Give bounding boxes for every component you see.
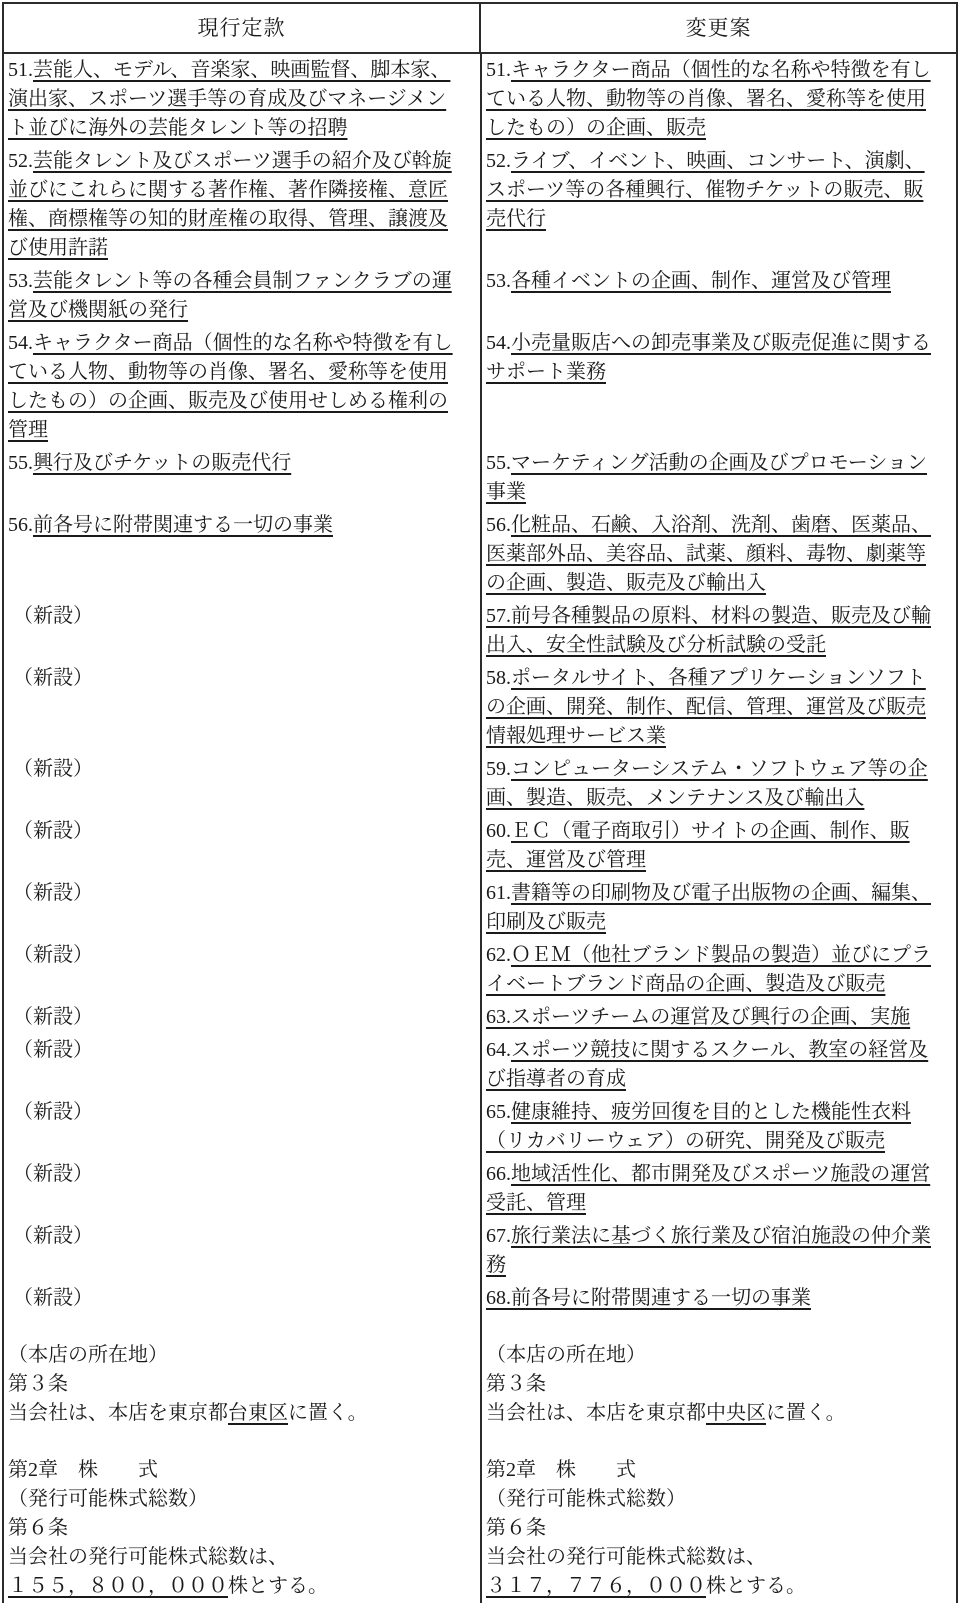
cell-proposed-56: 56.化粧品、石鹸、入浴剤、洗剤、歯磨、医薬品、医薬部外品、美容品、試薬、顔料、… <box>482 509 956 600</box>
text-line: 52.ライブ、イベント、映画、コンサート、演劇、 <box>486 147 954 176</box>
text-line: 66.地域活性化、都市開発及びスポーツ施設の運営 <box>486 1160 954 1189</box>
row-article3: （本店の所在地）第３条当会社は、本店を東京都台東区に置く。（本店の所在地）第３条… <box>4 1339 956 1430</box>
text-line: 59.コンピューターシステム・ソフトウェア等の企 <box>486 755 954 784</box>
row-60: （新設）60.ＥＣ（電子商取引）サイトの企画、制作、販売、運営及び管理 <box>4 815 956 877</box>
text-line: 当会社の発行可能株式総数は、 <box>8 1543 478 1572</box>
text-line: 67.旅行業法に基づく旅行業及び宿泊施設の仲介業 <box>486 1222 954 1251</box>
text-line: 第2章 株 式 <box>486 1456 954 1485</box>
text-line: 売、運営及び管理 <box>486 846 954 875</box>
text-line: 60.ＥＣ（電子商取引）サイトの企画、制作、販 <box>486 817 954 846</box>
cell-proposed-58: 58.ポータルサイト、各種アプリケーションソフトの企画、開発、制作、配信、管理、… <box>482 662 956 753</box>
cell-current-62: （新設） <box>4 939 482 1001</box>
text-line: ている人物、動物等の肖像、署名、愛称等を使用 <box>8 358 478 387</box>
text-line: 務 <box>486 1251 954 1280</box>
cell-current-59: （新設） <box>4 753 482 815</box>
cell-proposed-55: 55.マーケティング活動の企画及びプロモーション事業 <box>482 447 956 509</box>
text-line: 61.書籍等の印刷物及び電子出版物の企画、編集、 <box>486 879 954 908</box>
cell-proposed-67: 67.旅行業法に基づく旅行業及び宿泊施設の仲介業務 <box>482 1220 956 1282</box>
cell-proposed-59: 59.コンピューターシステム・ソフトウェア等の企画、製造、販売、メンテナンス及び… <box>482 753 956 815</box>
text-line: イベートブランド商品の企画、製造及び販売 <box>486 970 954 999</box>
text-line: 64.スポーツ競技に関するスクール、教室の経営及 <box>486 1036 954 1065</box>
row-64: （新設）64.スポーツ競技に関するスクール、教室の経営及び指導者の育成 <box>4 1034 956 1096</box>
text-line: （新設） <box>8 1160 478 1189</box>
text-line: （新設） <box>8 755 478 784</box>
text-line: び使用許諾 <box>8 234 478 263</box>
cell-current-article6: 第2章 株 式（発行可能株式総数）第６条当会社の発行可能株式総数は、１５５，８０… <box>4 1454 482 1603</box>
cell-current-61: （新設） <box>4 877 482 939</box>
table-header-row: 現行定款 変更案 <box>4 4 956 54</box>
text-line: 受託、管理 <box>486 1189 954 1218</box>
cell-current-56: 56.前各号に附帯関連する一切の事業 <box>4 509 482 600</box>
cell-current-article3: （本店の所在地）第３条当会社は、本店を東京都台東区に置く。 <box>4 1339 482 1430</box>
cell-current-63: （新設） <box>4 1001 482 1034</box>
text-line: （新設） <box>8 1036 478 1065</box>
text-line: （新設） <box>8 1284 478 1313</box>
text-line: 51.キャラクター商品（個性的な名称や特徴を有し <box>486 56 954 85</box>
text-line: び指導者の育成 <box>486 1065 954 1094</box>
text-line: 演出家、スポーツ選手等の育成及びマネージメン <box>8 85 478 114</box>
text-line: 管理 <box>8 416 478 445</box>
row-article6: 第2章 株 式（発行可能株式総数）第６条当会社の発行可能株式総数は、１５５，８０… <box>4 1454 956 1603</box>
header-amendment-proposal: 変更案 <box>481 4 956 52</box>
text-line: （発行可能株式総数） <box>486 1485 954 1514</box>
text-line: の企画、開発、制作、配信、管理、運営及び販売 <box>486 693 954 722</box>
text-line: 当会社は、本店を東京都中央区に置く。 <box>486 1399 954 1428</box>
row-57: （新設）57.前号各種製品の原料、材料の製造、販売及び輸出入、安全性試験及び分析… <box>4 600 956 662</box>
text-line: （新設） <box>8 941 478 970</box>
text-line: （本店の所在地） <box>486 1341 954 1370</box>
text-line: 営及び機関紙の発行 <box>8 296 478 325</box>
text-line: （新設） <box>8 1098 478 1127</box>
cell-proposed-62: 62.ＯＥＭ（他社ブランド製品の製造）並びにプライベートブランド商品の企画、製造… <box>482 939 956 1001</box>
text-line: 62.ＯＥＭ（他社ブランド製品の製造）並びにプラ <box>486 941 954 970</box>
text-line: サポート業務 <box>486 358 954 387</box>
spacer-cell <box>482 1430 956 1454</box>
cell-current-52: 52.芸能タレント及びスポーツ選手の紹介及び斡旋並びにこれらに関する著作権、著作… <box>4 145 482 265</box>
cell-proposed-61: 61.書籍等の印刷物及び電子出版物の企画、編集、印刷及び販売 <box>482 877 956 939</box>
text-line: 並びにこれらに関する著作権、著作隣接権、意匠 <box>8 176 478 205</box>
text-line: 売代行 <box>486 205 954 234</box>
text-line: （発行可能株式総数） <box>8 1485 478 1514</box>
text-line: （新設） <box>8 602 478 631</box>
row-spacer <box>4 1430 956 1454</box>
row-67: （新設）67.旅行業法に基づく旅行業及び宿泊施設の仲介業務 <box>4 1220 956 1282</box>
text-line: 55.興行及びチケットの販売代行 <box>8 449 478 478</box>
text-line: ３１７，７７６，０００株とする。 <box>486 1572 954 1601</box>
text-line: 54.小売量販店への卸売事業及び販売促進に関する <box>486 329 954 358</box>
row-68: （新設）68.前各号に附帯関連する一切の事業 <box>4 1282 956 1315</box>
text-line: 情報処理サービス業 <box>486 722 954 751</box>
cell-proposed-66: 66.地域活性化、都市開発及びスポーツ施設の運営受託、管理 <box>482 1158 956 1220</box>
table-body: 51.芸能人、モデル、音楽家、映画監督、脚本家、演出家、スポーツ選手等の育成及び… <box>4 54 956 1603</box>
row-spacer <box>4 1315 956 1339</box>
cell-current-66: （新設） <box>4 1158 482 1220</box>
row-52: 52.芸能タレント及びスポーツ選手の紹介及び斡旋並びにこれらに関する著作権、著作… <box>4 145 956 265</box>
cell-current-58: （新設） <box>4 662 482 753</box>
cell-current-54: 54.キャラクター商品（個性的な名称や特徴を有している人物、動物等の肖像、署名、… <box>4 327 482 447</box>
text-line: 55.マーケティング活動の企画及びプロモーション <box>486 449 954 478</box>
text-line: （新設） <box>8 879 478 908</box>
cell-current-51: 51.芸能人、モデル、音楽家、映画監督、脚本家、演出家、スポーツ選手等の育成及び… <box>4 54 482 145</box>
text-line: 出入、安全性試験及び分析試験の受託 <box>486 631 954 660</box>
cell-current-64: （新設） <box>4 1034 482 1096</box>
text-line: 当会社の発行可能株式総数は、 <box>486 1543 954 1572</box>
text-line: 第３条 <box>486 1370 954 1399</box>
text-line: 58.ポータルサイト、各種アプリケーションソフト <box>486 664 954 693</box>
text-line: （新設） <box>8 817 478 846</box>
text-line: 印刷及び販売 <box>486 908 954 937</box>
text-line: したもの）の企画、販売 <box>486 114 954 143</box>
cell-current-67: （新設） <box>4 1220 482 1282</box>
document-page: 現行定款 変更案 51.芸能人、モデル、音楽家、映画監督、脚本家、演出家、スポー… <box>0 0 960 1603</box>
row-59: （新設）59.コンピューターシステム・ソフトウェア等の企画、製造、販売、メンテナ… <box>4 753 956 815</box>
text-line: （新設） <box>8 664 478 693</box>
text-line: スポーツ等の各種興行、催物チケットの販売、販 <box>486 176 954 205</box>
cell-proposed-57: 57.前号各種製品の原料、材料の製造、販売及び輸出入、安全性試験及び分析試験の受… <box>482 600 956 662</box>
text-line: 63.スポーツチームの運営及び興行の企画、実施 <box>486 1003 954 1032</box>
text-line: （新設） <box>8 1003 478 1032</box>
text-line: 57.前号各種製品の原料、材料の製造、販売及び輸 <box>486 602 954 631</box>
cell-current-53: 53.芸能タレント等の各種会員制ファンクラブの運営及び機関紙の発行 <box>4 265 482 327</box>
row-51: 51.芸能人、モデル、音楽家、映画監督、脚本家、演出家、スポーツ選手等の育成及び… <box>4 54 956 145</box>
text-line: 第６条 <box>486 1514 954 1543</box>
cell-current-57: （新設） <box>4 600 482 662</box>
cell-current-55: 55.興行及びチケットの販売代行 <box>4 447 482 509</box>
cell-proposed-65: 65.健康維持、疲労回復を目的とした機能性衣料（リカバリーウェア）の研究、開発及… <box>482 1096 956 1158</box>
text-line: 当会社は、本店を東京都台東区に置く。 <box>8 1399 478 1428</box>
text-line: 事業 <box>486 478 954 507</box>
row-58: （新設）58.ポータルサイト、各種アプリケーションソフトの企画、開発、制作、配信… <box>4 662 956 753</box>
amendment-comparison-table: 現行定款 変更案 51.芸能人、モデル、音楽家、映画監督、脚本家、演出家、スポー… <box>2 2 958 1603</box>
row-63: （新設）63.スポーツチームの運営及び興行の企画、実施 <box>4 1001 956 1034</box>
text-line: 65.健康維持、疲労回復を目的とした機能性衣料 <box>486 1098 954 1127</box>
text-line: 第2章 株 式 <box>8 1456 478 1485</box>
text-line: 第６条 <box>8 1514 478 1543</box>
text-line: 54.キャラクター商品（個性的な名称や特徴を有し <box>8 329 478 358</box>
cell-proposed-60: 60.ＥＣ（電子商取引）サイトの企画、制作、販売、運営及び管理 <box>482 815 956 877</box>
row-54: 54.キャラクター商品（個性的な名称や特徴を有している人物、動物等の肖像、署名、… <box>4 327 956 447</box>
spacer-cell <box>4 1315 482 1339</box>
row-56: 56.前各号に附帯関連する一切の事業56.化粧品、石鹸、入浴剤、洗剤、歯磨、医薬… <box>4 509 956 600</box>
cell-proposed-68: 68.前各号に附帯関連する一切の事業 <box>482 1282 956 1315</box>
row-53: 53.芸能タレント等の各種会員制ファンクラブの運営及び機関紙の発行53.各種イベ… <box>4 265 956 327</box>
spacer-cell <box>482 1315 956 1339</box>
text-line: 第３条 <box>8 1370 478 1399</box>
text-line: （本店の所在地） <box>8 1341 478 1370</box>
cell-proposed-52: 52.ライブ、イベント、映画、コンサート、演劇、スポーツ等の各種興行、催物チケッ… <box>482 145 956 265</box>
cell-proposed-51: 51.キャラクター商品（個性的な名称や特徴を有している人物、動物等の肖像、署名、… <box>482 54 956 145</box>
text-line: の企画、製造、販売及び輸出入 <box>486 569 954 598</box>
row-61: （新設）61.書籍等の印刷物及び電子出版物の企画、編集、印刷及び販売 <box>4 877 956 939</box>
text-line: ト並びに海外の芸能タレント等の招聘 <box>8 114 478 143</box>
cell-proposed-article6: 第2章 株 式（発行可能株式総数）第６条当会社の発行可能株式総数は、３１７，７７… <box>482 1454 956 1603</box>
cell-proposed-63: 63.スポーツチームの運営及び興行の企画、実施 <box>482 1001 956 1034</box>
cell-proposed-54: 54.小売量販店への卸売事業及び販売促進に関するサポート業務 <box>482 327 956 447</box>
row-55: 55.興行及びチケットの販売代行55.マーケティング活動の企画及びプロモーション… <box>4 447 956 509</box>
text-line: したもの）の企画、販売及び使用せしめる権利の <box>8 387 478 416</box>
text-line: １５５，８００，０００株とする。 <box>8 1572 478 1601</box>
text-line: 画、製造、販売、メンテナンス及び輸出入 <box>486 784 954 813</box>
header-current-articles: 現行定款 <box>4 4 481 52</box>
cell-proposed-64: 64.スポーツ競技に関するスクール、教室の経営及び指導者の育成 <box>482 1034 956 1096</box>
text-line: 52.芸能タレント及びスポーツ選手の紹介及び斡旋 <box>8 147 478 176</box>
text-line: 53.芸能タレント等の各種会員制ファンクラブの運 <box>8 267 478 296</box>
text-line: （リカバリーウェア）の研究、開発及び販売 <box>486 1127 954 1156</box>
text-line: 56.前各号に附帯関連する一切の事業 <box>8 511 478 540</box>
cell-current-60: （新設） <box>4 815 482 877</box>
cell-proposed-article3: （本店の所在地）第３条当会社は、本店を東京都中央区に置く。 <box>482 1339 956 1430</box>
text-line: 51.芸能人、モデル、音楽家、映画監督、脚本家、 <box>8 56 478 85</box>
spacer-cell <box>4 1430 482 1454</box>
text-line: ている人物、動物等の肖像、署名、愛称等を使用 <box>486 85 954 114</box>
cell-current-65: （新設） <box>4 1096 482 1158</box>
text-line: 68.前各号に附帯関連する一切の事業 <box>486 1284 954 1313</box>
row-65: （新設）65.健康維持、疲労回復を目的とした機能性衣料（リカバリーウェア）の研究… <box>4 1096 956 1158</box>
text-line: 56.化粧品、石鹸、入浴剤、洗剤、歯磨、医薬品、 <box>486 511 954 540</box>
cell-current-68: （新設） <box>4 1282 482 1315</box>
text-line: 53.各種イベントの企画、制作、運営及び管理 <box>486 267 954 296</box>
row-62: （新設）62.ＯＥＭ（他社ブランド製品の製造）並びにプライベートブランド商品の企… <box>4 939 956 1001</box>
text-line: （新設） <box>8 1222 478 1251</box>
text-line: 権、商標権等の知的財産権の取得、管理、譲渡及 <box>8 205 478 234</box>
text-line: 医薬部外品、美容品、試薬、顔料、毒物、劇薬等 <box>486 540 954 569</box>
row-66: （新設）66.地域活性化、都市開発及びスポーツ施設の運営受託、管理 <box>4 1158 956 1220</box>
cell-proposed-53: 53.各種イベントの企画、制作、運営及び管理 <box>482 265 956 327</box>
